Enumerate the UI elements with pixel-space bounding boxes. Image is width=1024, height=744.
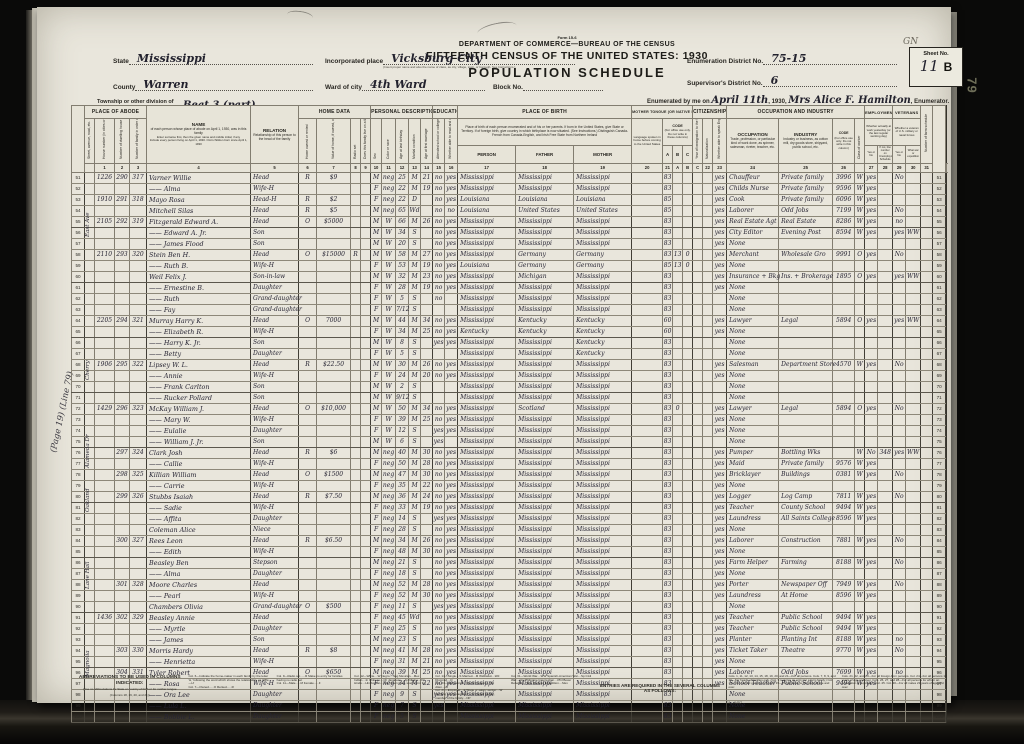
eng-cell: yes bbox=[713, 469, 727, 480]
fam-cell: 325 bbox=[130, 469, 147, 480]
rel-cell: Daughter bbox=[251, 282, 299, 293]
unemp-cell bbox=[878, 535, 893, 546]
sex-cell: F bbox=[371, 711, 382, 722]
line-number-left: 52 bbox=[72, 183, 85, 194]
house-cell bbox=[95, 425, 115, 436]
pm-cell: Mississippi bbox=[574, 370, 632, 381]
cC-cell bbox=[683, 656, 693, 667]
eng-cell bbox=[713, 601, 727, 612]
eng-cell: yes bbox=[713, 425, 727, 436]
name-cell: —— Callie bbox=[147, 458, 251, 469]
fam-cell bbox=[130, 546, 147, 557]
fam-cell bbox=[130, 458, 147, 469]
war-cell bbox=[906, 546, 921, 557]
person-row: 552105292319Fitzgerald Edward A.HeadO$50… bbox=[72, 216, 947, 227]
rw-cell bbox=[445, 304, 458, 315]
cls-cell: O bbox=[855, 271, 865, 282]
ind-cell: Department Store bbox=[779, 359, 833, 370]
person-row: 86Beasley BenStepsonMneg21SnoyesMississi… bbox=[72, 557, 947, 568]
rw-cell: yes bbox=[445, 227, 458, 238]
vet-cell bbox=[893, 293, 906, 304]
imm-cell bbox=[693, 634, 703, 645]
entries-title: ENTRIES ARE REQUIRED IN THE SEVERAL COLU… bbox=[597, 683, 722, 693]
unemp-cell bbox=[878, 568, 893, 579]
sex-cell: M bbox=[371, 227, 382, 238]
val-cell bbox=[317, 557, 351, 568]
rel-cell: Daughter bbox=[251, 700, 299, 711]
dw-cell bbox=[115, 183, 130, 194]
radio-cell: R bbox=[351, 249, 361, 260]
sup-district-label: Supervisor's District No. bbox=[687, 80, 763, 87]
ocode-cell: 7199 bbox=[833, 205, 855, 216]
farm-cell bbox=[361, 315, 371, 326]
radio-cell bbox=[351, 370, 361, 381]
pob-cell: Mississippi bbox=[458, 700, 516, 711]
sheet-number-box: Sheet No. 11 B bbox=[909, 47, 963, 87]
farm-cell bbox=[361, 194, 371, 205]
person-row: 61—— Ernestine B.DaughterFW28M19noyesMis… bbox=[72, 282, 947, 293]
war-cell bbox=[906, 535, 921, 546]
mar-cell: S bbox=[409, 425, 421, 436]
unemp-cell bbox=[878, 194, 893, 205]
tongue-cell bbox=[632, 315, 663, 326]
line-number-left: 66 bbox=[72, 337, 85, 348]
cls-cell: W bbox=[855, 557, 865, 568]
cB-cell bbox=[673, 326, 683, 337]
code-note: (For office use only. Do not write in th… bbox=[665, 128, 691, 139]
house-cell: 1906 bbox=[95, 359, 115, 370]
print-code: 11—6457 bbox=[727, 701, 742, 705]
unemp-cell bbox=[878, 711, 893, 722]
line-number-right: 79 bbox=[933, 480, 946, 491]
line-number-left: 86 bbox=[72, 557, 85, 568]
afm-cell: 25 bbox=[421, 414, 433, 425]
pm-cell: Mississippi bbox=[574, 601, 632, 612]
age-cell: 18 bbox=[396, 568, 409, 579]
sex-cell: F bbox=[371, 546, 382, 557]
vet-cell bbox=[893, 568, 906, 579]
imm-cell bbox=[693, 183, 703, 194]
column-number: 25 bbox=[779, 163, 833, 172]
cB-cell bbox=[673, 513, 683, 524]
sch-cell: no bbox=[433, 458, 445, 469]
cB-cell bbox=[673, 524, 683, 535]
line-number-left: 81 bbox=[72, 502, 85, 513]
ind-cell bbox=[779, 238, 833, 249]
race-cell: neg bbox=[382, 513, 396, 524]
imm-cell bbox=[693, 304, 703, 315]
imm-cell bbox=[693, 700, 703, 711]
age-cell: 58 bbox=[396, 249, 409, 260]
dw-cell bbox=[115, 557, 130, 568]
pob-cell: Louisiana bbox=[458, 205, 516, 216]
cB-cell bbox=[673, 183, 683, 194]
street-cell bbox=[85, 700, 95, 711]
cls-cell: W bbox=[855, 645, 865, 656]
line-number-right: 92 bbox=[933, 623, 946, 634]
imm-cell bbox=[693, 293, 703, 304]
pf-cell: Mississippi bbox=[516, 414, 574, 425]
unemp-cell bbox=[878, 381, 893, 392]
radio-cell bbox=[351, 337, 361, 348]
own-cell: O bbox=[299, 249, 317, 260]
rel-cell: Head bbox=[251, 469, 299, 480]
house-cell bbox=[95, 348, 115, 359]
war-cell: WW bbox=[906, 227, 921, 238]
house-cell bbox=[95, 337, 115, 348]
name-cell: —— James Flood bbox=[147, 238, 251, 249]
cA-cell: 83 bbox=[663, 557, 673, 568]
cA-cell: 83 bbox=[663, 480, 673, 491]
person-row: 59—— Ruth B.Wife-HFW53M19noyesLouisianaG… bbox=[72, 260, 947, 271]
fam-cell bbox=[130, 183, 147, 194]
mar-cell: M bbox=[409, 579, 421, 590]
name-cell: Moore Charles bbox=[147, 579, 251, 590]
rel-cell: Wife-H bbox=[251, 502, 299, 513]
incorporated-caption: (Insert proper name and also the name of… bbox=[383, 65, 515, 69]
column-number: 1 bbox=[95, 163, 115, 172]
pob-cell: Mississippi bbox=[458, 271, 516, 282]
cC-cell bbox=[683, 645, 693, 656]
radio-cell bbox=[351, 227, 361, 238]
eng-cell: yes bbox=[713, 612, 727, 623]
cB-cell bbox=[673, 568, 683, 579]
rel-cell: Head bbox=[251, 535, 299, 546]
line-number-right: 65 bbox=[933, 326, 946, 337]
race-cell: W bbox=[382, 392, 396, 403]
race-cell: neg bbox=[382, 524, 396, 535]
occ-cell: None bbox=[727, 293, 779, 304]
vet-cell bbox=[893, 711, 906, 722]
nat-cell bbox=[703, 557, 713, 568]
sch-cell: yes bbox=[433, 337, 445, 348]
mar-cell: S bbox=[409, 337, 421, 348]
cls-cell: W bbox=[855, 205, 865, 216]
county-line: Warren bbox=[135, 81, 313, 91]
race-cell: W bbox=[382, 403, 396, 414]
house-cell bbox=[95, 293, 115, 304]
person-row: 54Mitchell SilasHeadR$5Mneg65WdnonoLouis… bbox=[72, 205, 947, 216]
own-cell bbox=[299, 326, 317, 337]
afm-cell: 30 bbox=[421, 546, 433, 557]
cls-cell: W bbox=[855, 491, 865, 502]
occ-cell: None bbox=[727, 436, 779, 447]
department-line: DEPARTMENT OF COMMERCE—BUREAU OF THE CEN… bbox=[357, 41, 777, 48]
entries-b: Cols. 21, 22, and 23—For all foreign-bor… bbox=[842, 675, 949, 700]
line-number-right: 63 bbox=[933, 304, 946, 315]
group-mother-tongue: MOTHER TONGUE (OR NATIVE LANGUAGE) OF FO… bbox=[632, 106, 693, 119]
house-cell bbox=[95, 326, 115, 337]
person-row: 90Chambers OliviaGrand-daughterO$500Fneg… bbox=[72, 601, 947, 612]
name-cell: —— Ernestine B. bbox=[147, 282, 251, 293]
sch-cell: no bbox=[433, 260, 445, 271]
name-cell: —— Edith bbox=[147, 546, 251, 557]
column-number: 21 bbox=[663, 163, 673, 172]
ward-line: 4th Ward bbox=[362, 81, 485, 91]
race-cell: neg bbox=[382, 546, 396, 557]
ind-cell: Wholesale Gro bbox=[779, 249, 833, 260]
enum-district-line: 75-15 bbox=[763, 55, 897, 65]
column-number: 9 bbox=[361, 163, 371, 172]
pm-cell: Germany bbox=[574, 249, 632, 260]
person-row: 63—— FayGrand-daughterFW7/12SMississippi… bbox=[72, 304, 947, 315]
unemp-cell bbox=[878, 348, 893, 359]
cC-cell bbox=[683, 282, 693, 293]
cC-cell bbox=[683, 711, 693, 722]
tongue-cell bbox=[632, 304, 663, 315]
tongue-cell bbox=[632, 282, 663, 293]
cA-cell: 83 bbox=[663, 700, 673, 711]
col-immigration-year: Year of immigration to the United States bbox=[693, 119, 703, 164]
street-name: Lane Hall bbox=[85, 561, 91, 589]
sch-cell: no bbox=[433, 469, 445, 480]
cB-cell bbox=[673, 480, 683, 491]
imm-cell bbox=[693, 326, 703, 337]
ind-cell: Planting Int bbox=[779, 634, 833, 645]
ocode-cell: 6096 bbox=[833, 194, 855, 205]
sex-cell: F bbox=[371, 601, 382, 612]
column-number: 16 bbox=[445, 163, 458, 172]
pob-cell: Mississippi bbox=[458, 370, 516, 381]
pob-cell: Mississippi bbox=[458, 480, 516, 491]
house-cell bbox=[95, 700, 115, 711]
fam-cell bbox=[130, 711, 147, 722]
pf-cell: Mississippi bbox=[516, 535, 574, 546]
imm-cell bbox=[693, 337, 703, 348]
cA-cell: 85 bbox=[663, 194, 673, 205]
ind-cell: Evening Post bbox=[779, 227, 833, 238]
rel-cell: Head bbox=[251, 579, 299, 590]
rw-cell: yes bbox=[445, 326, 458, 337]
imm-cell bbox=[693, 711, 703, 722]
nat-cell bbox=[703, 579, 713, 590]
line-number-right: 66 bbox=[933, 337, 946, 348]
line-number-right: 68 bbox=[933, 359, 946, 370]
cB-cell bbox=[673, 282, 683, 293]
occ-cell: None bbox=[727, 425, 779, 436]
pm-cell: Mississippi bbox=[574, 634, 632, 645]
radio-cell bbox=[351, 238, 361, 249]
street-cell bbox=[85, 183, 95, 194]
age-cell: 30 bbox=[396, 359, 409, 370]
fam-cell bbox=[130, 524, 147, 535]
sch-cell: yes bbox=[433, 425, 445, 436]
pm-cell: Mississippi bbox=[574, 590, 632, 601]
sex-cell: F bbox=[371, 370, 382, 381]
own-cell: R bbox=[299, 447, 317, 458]
unemp-cell bbox=[878, 304, 893, 315]
col-color-race: Color or race bbox=[382, 119, 396, 164]
cls-cell bbox=[855, 524, 865, 535]
col-class-of-worker: Class of worker bbox=[855, 119, 865, 164]
age-cell: 9/12 bbox=[396, 392, 409, 403]
col-farm-family: Does this family live on a farm? bbox=[361, 119, 371, 164]
imm-cell bbox=[693, 623, 703, 634]
rel-cell: Daughter bbox=[251, 568, 299, 579]
vet-cell: No bbox=[893, 205, 906, 216]
cC-cell: 0 bbox=[683, 260, 693, 271]
afm-cell bbox=[421, 425, 433, 436]
unemp-cell bbox=[878, 249, 893, 260]
vet-cell bbox=[893, 238, 906, 249]
cC-cell bbox=[683, 172, 693, 183]
occ-cell: Pumper bbox=[727, 447, 779, 458]
val-cell bbox=[317, 348, 351, 359]
fam-cell: 319 bbox=[130, 216, 147, 227]
cB-cell bbox=[673, 601, 683, 612]
column-number bbox=[855, 163, 865, 172]
sex-cell: M bbox=[371, 436, 382, 447]
dw-cell: 302 bbox=[115, 612, 130, 623]
occ-cell: Lawyer bbox=[727, 403, 779, 414]
mar-cell: Wd bbox=[409, 205, 421, 216]
occ-cell: Lawyer bbox=[727, 315, 779, 326]
name-cell: Killian William bbox=[147, 469, 251, 480]
sch-cell: no bbox=[433, 656, 445, 667]
line-number-right: 59 bbox=[933, 260, 946, 271]
sch-cell: no bbox=[433, 183, 445, 194]
house-cell bbox=[95, 502, 115, 513]
ocode-cell: 8596 bbox=[833, 513, 855, 524]
rel-cell: Son bbox=[251, 238, 299, 249]
pm-cell: Mississippi bbox=[574, 216, 632, 227]
cC-cell bbox=[683, 447, 693, 458]
line-number-right: 62 bbox=[933, 293, 946, 304]
afm-cell: 23 bbox=[421, 271, 433, 282]
cls-cell bbox=[855, 260, 865, 271]
val-cell: $7.50 bbox=[317, 491, 351, 502]
work-cell bbox=[865, 524, 878, 535]
street-cell bbox=[85, 414, 95, 425]
cB-cell bbox=[673, 359, 683, 370]
tongue-cell bbox=[632, 271, 663, 282]
work-cell: yes bbox=[865, 403, 878, 414]
pm-cell: Mississippi bbox=[574, 282, 632, 293]
race-cell: neg bbox=[382, 601, 396, 612]
rel-cell: Head bbox=[251, 491, 299, 502]
radio-cell bbox=[351, 293, 361, 304]
house-cell bbox=[95, 227, 115, 238]
house-cell bbox=[95, 634, 115, 645]
radio-cell bbox=[351, 315, 361, 326]
cC-cell bbox=[683, 392, 693, 403]
sex-cell: F bbox=[371, 425, 382, 436]
name-cell: —— Mary W. bbox=[147, 414, 251, 425]
dw-cell: 297 bbox=[115, 447, 130, 458]
radio-cell bbox=[351, 524, 361, 535]
sch-cell: no bbox=[433, 535, 445, 546]
age-cell: 21 bbox=[396, 557, 409, 568]
sex-cell: F bbox=[371, 480, 382, 491]
pf-cell: Mississippi bbox=[516, 579, 574, 590]
unemp-cell bbox=[878, 700, 893, 711]
name-cell: Morris Hardy bbox=[147, 645, 251, 656]
farm-cell bbox=[361, 205, 371, 216]
work-cell: yes bbox=[865, 205, 878, 216]
fam-cell: 318 bbox=[130, 194, 147, 205]
mar-cell: Wd bbox=[409, 612, 421, 623]
pob-cell: Mississippi bbox=[458, 315, 516, 326]
occ-cell: None bbox=[727, 414, 779, 425]
imm-cell bbox=[693, 458, 703, 469]
dw-cell bbox=[115, 370, 130, 381]
ward-value: 4th Ward bbox=[370, 78, 427, 91]
cC-cell bbox=[683, 623, 693, 634]
sex-cell: M bbox=[371, 634, 382, 645]
nat-cell bbox=[703, 348, 713, 359]
cB-cell: 13 bbox=[673, 260, 683, 271]
cC-cell bbox=[683, 524, 693, 535]
cB-cell bbox=[673, 293, 683, 304]
occ-cell: None bbox=[727, 326, 779, 337]
age-cell: 12 bbox=[396, 425, 409, 436]
rw-cell: yes bbox=[445, 645, 458, 656]
fam-cell bbox=[130, 425, 147, 436]
farm-cell bbox=[361, 359, 371, 370]
occ-cell: None bbox=[727, 568, 779, 579]
farm-cell bbox=[361, 480, 371, 491]
rel-cell: Son-in-law bbox=[251, 271, 299, 282]
own-cell bbox=[299, 183, 317, 194]
line-number-right: 88 bbox=[933, 579, 946, 590]
fam-cell bbox=[130, 227, 147, 238]
age-cell: 44 bbox=[396, 315, 409, 326]
val-cell: $8 bbox=[317, 645, 351, 656]
tongue-cell bbox=[632, 590, 663, 601]
fam-cell bbox=[130, 480, 147, 491]
radio-cell bbox=[351, 557, 361, 568]
pm-cell: Kentucky bbox=[574, 326, 632, 337]
tongue-cell bbox=[632, 601, 663, 612]
age-cell: 20 bbox=[396, 238, 409, 249]
dw-cell: 300 bbox=[115, 535, 130, 546]
person-row: 81—— SadieWife-HFneg33M19noyesMississipp… bbox=[72, 502, 947, 513]
age-cell: 47 bbox=[396, 469, 409, 480]
fs-cell bbox=[921, 480, 933, 491]
cC-cell bbox=[683, 271, 693, 282]
unemp-cell bbox=[878, 579, 893, 590]
ocode-cell bbox=[833, 337, 855, 348]
nat-cell bbox=[703, 282, 713, 293]
work-cell: yes bbox=[865, 249, 878, 260]
imm-cell bbox=[693, 447, 703, 458]
afm-cell: 26 bbox=[421, 359, 433, 370]
rw-cell: yes bbox=[445, 513, 458, 524]
occ-cell: Farm Helper bbox=[727, 557, 779, 568]
rw-cell: yes bbox=[445, 601, 458, 612]
war-cell bbox=[906, 491, 921, 502]
line-number-right: 76 bbox=[933, 447, 946, 458]
radio-cell bbox=[351, 469, 361, 480]
val-cell: $1500 bbox=[317, 469, 351, 480]
cls-cell bbox=[855, 337, 865, 348]
pf-cell: Mississippi bbox=[516, 304, 574, 315]
race-cell: neg bbox=[382, 557, 396, 568]
afm-cell: 19 bbox=[421, 282, 433, 293]
imm-cell bbox=[693, 172, 703, 183]
afm-cell: 28 bbox=[421, 645, 433, 656]
cls-cell bbox=[855, 414, 865, 425]
person-row: 92—— MyrtleDaughterFneg25SnoyesMississip… bbox=[72, 623, 947, 634]
cB-cell bbox=[673, 469, 683, 480]
occ-cell: Childs Nurse bbox=[727, 183, 779, 194]
fs-cell bbox=[921, 700, 933, 711]
war-cell bbox=[906, 249, 921, 260]
ind-cell bbox=[779, 700, 833, 711]
house-cell bbox=[95, 370, 115, 381]
nat-cell bbox=[703, 205, 713, 216]
farm-cell bbox=[361, 403, 371, 414]
